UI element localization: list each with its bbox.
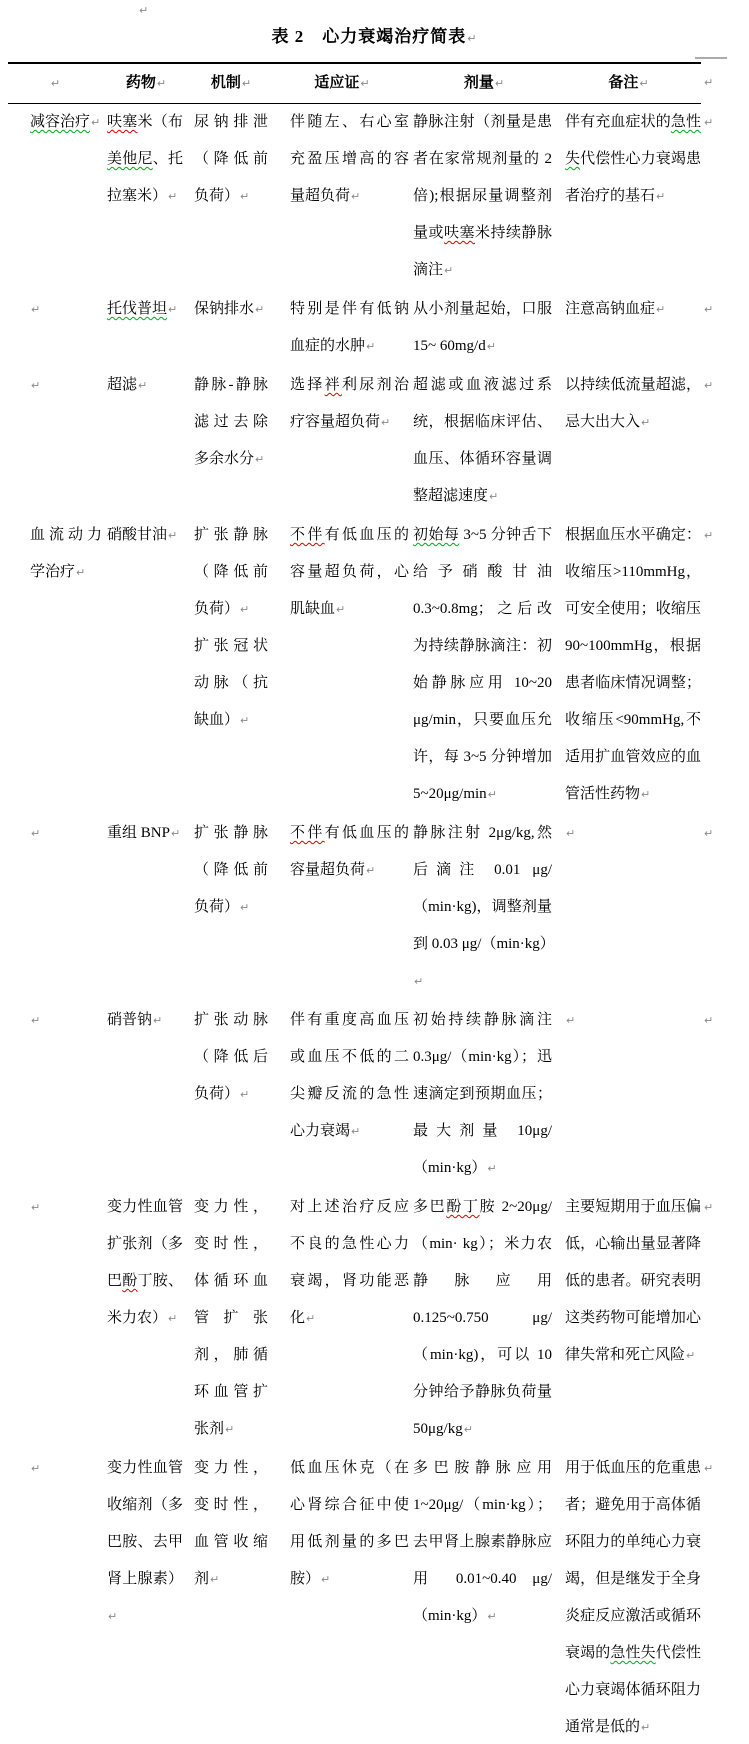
cell-category: ↵: [8, 1189, 102, 1450]
document-page: ↵ 表 2 心力衰竭治疗简表↵ ↵药物↵机制↵适应证↵剂量↵备注↵↵ 减容治疗↵…: [0, 0, 749, 1744]
cell-paragraph: 初始每 3~5 分钟舌下给予硝酸甘油 0.3~0.8mg；之后改为持续静脉滴注：…: [413, 517, 552, 813]
cell-mechanism: 变力性，变时性，血管收缩剂↵: [190, 1450, 272, 1744]
cell-category: ↵: [8, 1450, 102, 1744]
paragraph-mark: ↵: [380, 416, 390, 429]
cell-paragraph: 静脉-静脉滤过去除多余水分↵: [194, 367, 268, 478]
text-segment: 尿钠排泄（降低前负荷）: [194, 114, 268, 204]
cell-dose: 超滤或血液滤过系统，根据临床评估、血压、体循环容量调整超滤速度↵: [412, 367, 556, 517]
cell-paragraph: ↵: [30, 367, 102, 404]
cell-indication: 选择袢利尿剂治疗容量超负荷↵: [272, 367, 412, 517]
paragraph-mark: ↵: [30, 379, 40, 392]
cell-paragraph: ↵: [565, 815, 701, 852]
treatment-table: ↵药物↵机制↵适应证↵剂量↵备注↵↵ 减容治疗↵呋塞米（布美他尼、托拉塞米）↵尿…: [8, 62, 749, 1744]
paragraph-mark: ↵: [703, 1462, 713, 1475]
cell-dose: 初始每 3~5 分钟舌下给予硝酸甘油 0.3~0.8mg；之后改为持续静脉滴注：…: [412, 517, 556, 815]
paragraph-mark: ↵: [241, 77, 251, 90]
cell-category: ↵: [8, 367, 102, 517]
header-notes: 备注↵: [556, 63, 701, 104]
cell-paragraph: ↵: [30, 1189, 102, 1226]
row-end-mark-cell: ↵: [701, 291, 749, 367]
table-title: 表 2 心力衰竭治疗简表↵: [0, 0, 749, 62]
cell-paragraph: 保钠排水↵: [194, 291, 268, 328]
cell-paragraph: 尿钠排泄（降低前负荷）↵: [194, 104, 268, 215]
cell-indication: 不伴有低血压的容量超负荷，心肌缺血↵: [272, 517, 412, 815]
spellcheck-red-text: 不伴: [290, 825, 325, 841]
paragraph-mark: ↵: [209, 1573, 219, 1586]
cell-paragraph: 注意高钠血症↵: [565, 291, 701, 328]
paragraph-mark: ↵: [655, 303, 665, 316]
cell-paragraph: 多巴酚丁胺 2~20μg/（min· kg）；米力农静脉应用 0.125~0.7…: [413, 1189, 552, 1448]
paragraph-mark: ↵: [152, 1014, 162, 1027]
text-segment: 扩张冠状动脉（抗缺血）: [194, 638, 268, 728]
row-end-mark-cell: ↵: [701, 104, 749, 292]
header-row: ↵药物↵机制↵适应证↵剂量↵备注↵↵: [8, 63, 749, 104]
cell-paragraph: 静脉注射（剂量是患者在家常规剂量的 2 倍);根据尿量调整剂量或呋塞米持续静脉滴…: [413, 104, 552, 289]
cell-paragraph: 血流动力学治疗↵: [30, 517, 102, 591]
text-segment: 硝酸甘油: [107, 527, 167, 543]
text-segment: 根据血压水平确定：收缩压>110mmHg，可安全使用；收缩压 90~100mmH…: [565, 527, 701, 802]
row-end-mark-cell: ↵: [701, 1189, 749, 1450]
table-row: 血流动力学治疗↵硝酸甘油↵扩张静脉（降低前负荷）↵扩张冠状动脉（抗缺血）↵不伴有…: [8, 517, 749, 815]
cell-paragraph: 扩张动脉（降低后负荷）↵: [194, 1002, 268, 1113]
row-end-mark-cell: ↵: [701, 1002, 749, 1189]
text-segment: 特别是伴有低钠血症的水肿: [290, 301, 409, 354]
grammar-green-text: 急性失: [610, 1645, 655, 1661]
cell-paragraph: 超滤↵: [107, 367, 183, 404]
paragraph-mark: ↵: [30, 827, 40, 840]
paragraph-mark: ↵: [167, 190, 177, 203]
row-end-mark-cell: ↵: [701, 517, 749, 815]
paragraph-mark: ↵: [350, 190, 360, 203]
cell-dose: 初始持续静脉滴注 0.3μg/（min·kg）；迅速滴定到预期血压；最大剂量 1…: [412, 1002, 556, 1189]
cell-notes: 注意高钠血症↵: [556, 291, 701, 367]
header-category: ↵: [8, 63, 102, 104]
cell-paragraph: 以持续低流量超滤，忌大出大入↵: [565, 367, 701, 441]
paragraph-mark: ↵: [487, 788, 497, 801]
spellcheck-red-text: 酚丁: [446, 1199, 479, 1215]
paragraph-mark: ↵: [565, 827, 575, 840]
spellcheck-red-text: 呋塞: [444, 225, 475, 241]
text-segment: 静脉注射 2μg/kg,然后滴注 0.01 μg/（min·kg)，调整剂量到 …: [413, 825, 555, 952]
paragraph-mark: ↵: [335, 603, 345, 616]
cell-mechanism: 扩张动脉（降低后负荷）↵: [190, 1002, 272, 1189]
cell-paragraph: 托伐普坦↵: [107, 291, 183, 328]
cell-drug: 硝酸甘油↵: [102, 517, 190, 815]
text-segment: 选择: [290, 377, 325, 393]
cell-paragraph: 特别是伴有低钠血症的水肿↵: [290, 291, 409, 365]
grammar-green-text: 托伐普坦: [107, 301, 167, 317]
grammar-green-text: 减容治疗: [30, 114, 90, 130]
row-end-mark-cell: ↵: [701, 367, 749, 517]
paragraph-mark: ↵: [486, 1610, 496, 1623]
cell-paragraph: 不伴有低血压的容量超负荷↵: [290, 815, 409, 889]
text-segment: 低血压休克（在心肾综合征中使用低剂量的多巴胺）: [290, 1460, 409, 1587]
header-dose: 剂量↵: [412, 63, 556, 104]
paragraph-mark: ↵: [443, 264, 453, 277]
cell-category: ↵: [8, 1002, 102, 1189]
cell-category: ↵: [8, 815, 102, 1002]
cell-paragraph: ↵: [565, 1002, 701, 1039]
table-row: ↵变力性血管收缩剂（多巴胺、去甲肾上腺素）↵变力性，变时性，血管收缩剂↵低血压休…: [8, 1450, 749, 1744]
text-segment: 初始持续静脉滴注 0.3μg/（min·kg）；迅速滴定到预期血压；最大剂量 1…: [413, 1012, 552, 1176]
cell-paragraph: 从小剂量起始，口服 15~ 60mg/d↵: [413, 291, 552, 365]
cell-dose: 多巴胺静脉应用 1~20μg/（min·kg）；去甲肾上腺素静脉应用 0.01~…: [412, 1450, 556, 1744]
cell-paragraph: 硝普钠↵: [107, 1002, 183, 1039]
cell-category: ↵: [8, 291, 102, 367]
cell-drug: 呋塞米（布美他尼、托拉塞米）↵: [102, 104, 190, 292]
paragraph-mark: ↵: [30, 1201, 40, 1214]
text-segment: 3~5 分钟舌下给予硝酸甘油 0.3~0.8mg；之后改为持续静脉滴注：初始静脉…: [413, 527, 552, 802]
text-segment: 代偿性心力衰竭患者治疗的基石: [565, 151, 701, 204]
paragraph-mark: ↵: [685, 1349, 695, 1362]
spellcheck-red-text: 袢: [325, 377, 342, 393]
text-segment: 静脉注射（剂量是患者在家常规剂量的 2 倍);根据尿量调整剂量或: [413, 114, 552, 241]
table-row: ↵托伐普坦↵保钠排水↵特别是伴有低钠血症的水肿↵从小剂量起始，口服 15~ 60…: [8, 291, 749, 367]
paragraph-mark: ↵: [466, 32, 477, 45]
text-segment: 扩张静脉（降低前负荷）: [194, 825, 268, 915]
text-segment: 扩张动脉（降低后负荷）: [194, 1012, 268, 1102]
cell-drug: 变力性血管扩张剂（多巴酚丁胺、米力农）↵: [102, 1189, 190, 1450]
cell-indication: 不伴有低血压的容量超负荷↵: [272, 815, 412, 1002]
cell-paragraph: ↵: [30, 1450, 102, 1487]
cell-paragraph: 不伴有低血压的容量超负荷，心肌缺血↵: [290, 517, 409, 628]
text-segment: 重组 BNP: [107, 825, 170, 841]
cell-paragraph: 扩张静脉（降低前负荷）↵: [194, 815, 268, 926]
cell-mechanism: 扩张静脉（降低前负荷）↵扩张冠状动脉（抗缺血）↵: [190, 517, 272, 815]
table-row: 减容治疗↵呋塞米（布美他尼、托拉塞米）↵尿钠排泄（降低前负荷）↵伴随左、右心室充…: [8, 104, 749, 292]
cell-indication: 特别是伴有低钠血症的水肿↵: [272, 291, 412, 367]
cell-paragraph: 低血压休克（在心肾综合征中使用低剂量的多巴胺）↵: [290, 1450, 409, 1598]
cell-mechanism: 静脉-静脉滤过去除多余水分↵: [190, 367, 272, 517]
cell-paragraph: 变力性血管扩张剂（多巴酚丁胺、米力农）↵: [107, 1189, 183, 1337]
text-segment: 从小剂量起始，口服 15~ 60mg/d: [413, 301, 552, 354]
cell-paragraph: 呋塞米（布美他尼、托拉塞米）↵: [107, 104, 183, 215]
header-label: 剂量: [464, 75, 494, 91]
paragraph-mark: ↵: [239, 190, 249, 203]
cell-drug: 托伐普坦↵: [102, 291, 190, 367]
header-drug: 药物↵: [102, 63, 190, 104]
paragraph-mark: ↵: [305, 1312, 315, 1325]
cell-paragraph: 扩张冠状动脉（抗缺血）↵: [194, 628, 268, 739]
paragraph-mark: ↵: [30, 1462, 40, 1475]
paragraph-mark: ↵: [703, 379, 713, 392]
spellcheck-red-text: 不伴: [290, 527, 325, 543]
cell-notes: 主要短期用于血压偏低，心输出量显著降低的患者。研究表明这类药物可能增加心律失常和…: [556, 1189, 701, 1450]
cell-notes: ↵: [556, 815, 701, 1002]
row-end-mark-cell: ↵: [701, 815, 749, 1002]
cell-notes: 用于低血压的危重患者；避免用于高体循环阻力的单纯心力衰竭，但是继发于全身炎症反应…: [556, 1450, 701, 1744]
header-mechanism: 机制↵: [190, 63, 272, 104]
table-title-text: 表 2 心力衰竭治疗简表: [272, 27, 467, 46]
paragraph-mark: ↵: [167, 1312, 177, 1325]
cell-paragraph: 减容治疗↵: [30, 104, 102, 141]
cell-paragraph: 伴有充血症状的急性失代偿性心力衰竭患者治疗的基石↵: [565, 104, 701, 215]
row-end-mark-cell: ↵: [701, 63, 749, 104]
spellcheck-red-text: 呋塞: [107, 114, 138, 130]
paragraph-mark: ↵: [167, 303, 177, 316]
paragraph-mark: ↵: [239, 901, 249, 914]
paragraph-mark: ↵: [638, 77, 648, 90]
text-segment: 以持续低流量超滤，忌大出大入: [565, 377, 701, 430]
paragraph-mark: ↵: [703, 529, 713, 542]
paragraph-mark: ↵: [413, 975, 423, 988]
text-segment: 主要短期用于血压偏低，心输出量显著降低的患者。研究表明这类药物可能增加心律失常和…: [565, 1199, 701, 1363]
cell-mechanism: 扩张静脉（降低前负荷）↵: [190, 815, 272, 1002]
paragraph-mark: ↵: [655, 190, 665, 203]
table-border-stub: [695, 57, 727, 59]
cell-dose: 多巴酚丁胺 2~20μg/（min· kg）；米力农静脉应用 0.125~0.7…: [412, 1189, 556, 1450]
table-row: ↵变力性血管扩张剂（多巴酚丁胺、米力农）↵变力性，变时性，体循环血管扩张剂，肺循…: [8, 1189, 749, 1450]
text-segment: 超滤或血液滤过系统，根据临床评估、血压、体循环容量调整超滤速度: [413, 377, 552, 504]
table-row: ↵硝普钠↵扩张动脉（降低后负荷）↵伴有重度高血压或血压不低的二尖瓣反流的急性心力…: [8, 1002, 749, 1189]
header-label: 适应证: [314, 75, 359, 91]
paragraph-mark: ↵: [486, 1162, 496, 1175]
text-segment: 扩张静脉（降低前负荷）: [194, 527, 268, 617]
text-segment: 伴有充血症状的: [565, 114, 671, 130]
table-row: ↵重组 BNP↵扩张静脉（降低前负荷）↵不伴有低血压的容量超负荷↵静脉注射 2μ…: [8, 815, 749, 1002]
cell-paragraph: 重组 BNP↵: [107, 815, 183, 852]
cell-paragraph: 根据血压水平确定：收缩压>110mmHg，可安全使用；收缩压 90~100mmH…: [565, 517, 701, 813]
table-row: ↵超滤↵静脉-静脉滤过去除多余水分↵选择袢利尿剂治疗容量超负荷↵超滤或血液滤过系…: [8, 367, 749, 517]
cell-dose: 静脉注射（剂量是患者在家常规剂量的 2 倍);根据尿量调整剂量或呋塞米持续静脉滴…: [412, 104, 556, 292]
paragraph-mark: ↵: [703, 116, 713, 129]
text-segment: 硝普钠: [107, 1012, 152, 1028]
cell-indication: 伴随左、右心室充盈压增高的容量超负荷↵: [272, 104, 412, 292]
cell-mechanism: 保钠排水↵: [190, 291, 272, 367]
cell-paragraph: 静脉注射 2μg/kg,然后滴注 0.01 μg/（min·kg)，调整剂量到 …: [413, 815, 552, 1000]
text-segment: 多巴: [413, 1199, 446, 1215]
cell-indication: 低血压休克（在心肾综合征中使用低剂量的多巴胺）↵: [272, 1450, 412, 1744]
paragraph-mark: ↵: [239, 603, 249, 616]
cell-paragraph: 对上述治疗反应不良的急性心力衰竭，肾功能恶化↵: [290, 1189, 409, 1337]
paragraph-mark: ↵: [565, 1014, 575, 1027]
header-label: 机制: [211, 75, 241, 91]
paragraph-mark: ↵: [640, 416, 650, 429]
text-segment: 伴有重度高血压或血压不低的二尖瓣反流的急性心力衰竭: [290, 1012, 409, 1139]
paragraph-mark: ↵: [463, 1423, 473, 1436]
paragraph-mark: ↵: [703, 76, 713, 89]
text-segment: 血流动力学治疗: [30, 527, 102, 580]
paragraph-mark: ↵: [640, 788, 650, 801]
text-segment: 对上述治疗反应不良的急性心力衰竭，肾功能恶化: [290, 1199, 409, 1326]
text-segment: 胺 2~20μg/（min· kg）；米力农静脉应用 0.125~0.750 μ…: [413, 1199, 552, 1437]
cell-paragraph: 选择袢利尿剂治疗容量超负荷↵: [290, 367, 409, 441]
cell-drug: 重组 BNP↵: [102, 815, 190, 1002]
cell-notes: 根据血压水平确定：收缩压>110mmHg，可安全使用；收缩压 90~100mmH…: [556, 517, 701, 815]
cell-paragraph: 伴随左、右心室充盈压增高的容量超负荷↵: [290, 104, 409, 215]
text-segment: 超滤: [107, 377, 137, 393]
paragraph-mark: ↵: [30, 303, 40, 316]
text-segment: 用于低血压的危重患者；避免用于高体循环阻力的单纯心力衰竭，但是继发于全身炎症反应…: [565, 1460, 701, 1661]
paragraph-mark: ↵: [90, 116, 100, 129]
text-segment: 多巴胺静脉应用 1~20μg/（min·kg）；去甲肾上腺素静脉应用 0.01~…: [413, 1460, 552, 1624]
cell-category: 血流动力学治疗↵: [8, 517, 102, 815]
paragraph-mark: ↵: [239, 714, 249, 727]
grammar-green-text: 初始每: [413, 527, 459, 543]
cell-paragraph: 初始持续静脉滴注 0.3μg/（min·kg）；迅速滴定到预期血压；最大剂量 1…: [413, 1002, 552, 1187]
paragraph-mark: ↵: [359, 77, 369, 90]
paragraph-mark: ↵: [107, 1610, 117, 1623]
cell-paragraph: 伴有重度高血压或血压不低的二尖瓣反流的急性心力衰竭↵: [290, 1002, 409, 1150]
paragraph-mark: ↵: [365, 340, 375, 353]
cell-paragraph: 多巴胺静脉应用 1~20μg/（min·kg）；去甲肾上腺素静脉应用 0.01~…: [413, 1450, 552, 1635]
paragraph-mark: ↵: [167, 529, 177, 542]
cell-indication: 伴有重度高血压或血压不低的二尖瓣反流的急性心力衰竭↵: [272, 1002, 412, 1189]
paragraph-mark: ↵: [703, 303, 713, 316]
cell-dose: 从小剂量起始，口服 15~ 60mg/d↵: [412, 291, 556, 367]
paragraph-mark: ↵: [640, 1721, 650, 1734]
cell-drug: 超滤↵: [102, 367, 190, 517]
text-segment: 注意高钠血症: [565, 301, 655, 317]
cell-indication: 对上述治疗反应不良的急性心力衰竭，肾功能恶化↵: [272, 1189, 412, 1450]
paragraph-mark: ↵: [486, 340, 496, 353]
paragraph-mark: ↵: [239, 1088, 249, 1101]
cell-paragraph: 用于低血压的危重患者；避免用于高体循环阻力的单纯心力衰竭，但是继发于全身炎症反应…: [565, 1450, 701, 1744]
cell-paragraph: 硝酸甘油↵: [107, 517, 183, 554]
cell-notes: 伴有充血症状的急性失代偿性心力衰竭患者治疗的基石↵: [556, 104, 701, 292]
cell-mechanism: 变力性，变时性，体循环血管扩张剂，肺循环血管扩张剂↵: [190, 1189, 272, 1450]
header-label: 药物: [126, 75, 156, 91]
cell-paragraph: 变力性血管收缩剂（多巴胺、去甲肾上腺素）↵: [107, 1450, 183, 1635]
cell-dose: 静脉注射 2μg/kg,然后滴注 0.01 μg/（min·kg)，调整剂量到 …: [412, 815, 556, 1002]
text-segment: 变力性血管收缩剂（多巴胺、去甲肾上腺素）: [107, 1460, 183, 1587]
paragraph-mark: ↵: [170, 827, 180, 840]
cell-drug: 硝普钠↵: [102, 1002, 190, 1189]
cell-paragraph: 超滤或血液滤过系统，根据临床评估、血压、体循环容量调整超滤速度↵: [413, 367, 552, 515]
paragraph-mark: ↵: [494, 77, 504, 90]
paragraph-mark: ↵: [137, 379, 147, 392]
cell-notes: ↵: [556, 1002, 701, 1189]
paragraph-mark: ↵: [50, 77, 60, 90]
paragraph-mark: ↵: [350, 1125, 360, 1138]
paragraph-mark: ↵: [138, 4, 148, 17]
spellcheck-red-text: 酚: [122, 1273, 137, 1289]
paragraph-mark: ↵: [320, 1573, 330, 1586]
paragraph-mark: ↵: [488, 490, 498, 503]
text-segment: 变力性，变时性，体循环血管扩张剂，肺循环血管扩张剂: [194, 1199, 268, 1437]
cell-paragraph: 扩张静脉（降低前负荷）↵: [194, 517, 268, 628]
row-end-mark-cell: ↵: [701, 1450, 749, 1744]
paragraph-mark: ↵: [703, 1014, 713, 1027]
cell-mechanism: 尿钠排泄（降低前负荷）↵: [190, 104, 272, 292]
cell-paragraph: 变力性，变时性，体循环血管扩张剂，肺循环血管扩张剂↵: [194, 1189, 268, 1448]
paragraph-mark: ↵: [703, 1201, 713, 1214]
cell-paragraph: ↵: [30, 815, 102, 852]
paragraph-mark: ↵: [703, 827, 713, 840]
text-segment: 保钠排水: [194, 301, 254, 317]
header-indication: 适应证↵: [272, 63, 412, 104]
paragraph-mark: ↵: [75, 566, 85, 579]
cell-paragraph: ↵: [30, 1002, 102, 1039]
cell-paragraph: ↵: [30, 291, 102, 328]
paragraph-mark: ↵: [254, 453, 264, 466]
header-label: 备注: [608, 75, 638, 91]
grammar-green-text: 美他尼: [107, 151, 153, 167]
text-segment: 米（布: [138, 114, 184, 130]
cell-category: 减容治疗↵: [8, 104, 102, 292]
paragraph-mark: ↵: [224, 1423, 234, 1436]
cell-notes: 以持续低流量超滤，忌大出大入↵: [556, 367, 701, 517]
paragraph-mark: ↵: [254, 303, 264, 316]
paragraph-mark: ↵: [156, 77, 166, 90]
text-segment: 变力性，变时性，血管收缩剂: [194, 1460, 268, 1587]
paragraph-mark: ↵: [365, 864, 375, 877]
cell-drug: 变力性血管收缩剂（多巴胺、去甲肾上腺素）↵: [102, 1450, 190, 1744]
table-body: 减容治疗↵呋塞米（布美他尼、托拉塞米）↵尿钠排泄（降低前负荷）↵伴随左、右心室充…: [8, 104, 749, 1744]
cell-paragraph: 变力性，变时性，血管收缩剂↵: [194, 1450, 268, 1598]
paragraph-mark: ↵: [30, 1014, 40, 1027]
cell-paragraph: 主要短期用于血压偏低，心输出量显著降低的患者。研究表明这类药物可能增加心律失常和…: [565, 1189, 701, 1374]
